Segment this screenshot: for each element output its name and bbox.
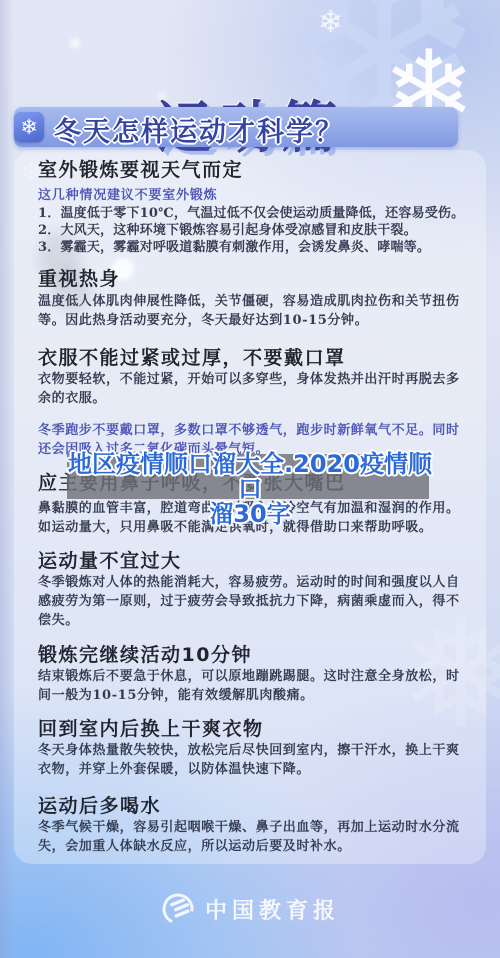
section-title: 锻炼完继续活动10分钟 (38, 640, 252, 667)
section-body: 冬季气候干燥，容易引起咽喉干燥、鼻子出血等，再加上运动时水分流失，会加重人体缺水… (38, 818, 466, 856)
section-body: 冬天身体热量散失较快，放松完后尽快回到室内，擦干汗水，换上干爽衣物，并穿上外套保… (38, 741, 466, 779)
section-title: 重视热身 (38, 264, 120, 291)
subtitle-banner: ❄ 冬天怎样运动才科学？ (14, 107, 458, 147)
winter-exercise-poster: ❆ ❄ ❄ ❅ ❄ 运动篇 ❄ 冬天怎样运动才科学？ 室外锻炼要视天气而定 这几… (0, 0, 500, 958)
section-body: 温度低人体肌肉伸展性降低，关节僵硬，容易造成肌肉拉伤和关节扭伤等。因此热身活动要… (38, 292, 466, 330)
watermark-caption-line: 地区疫情顺口溜大全.2020疫情顺口 (60, 452, 440, 502)
watermark-caption: 地区疫情顺口溜大全.2020疫情顺口 溜30字 (60, 452, 440, 527)
section-title: 室外锻炼要视天气而定 (38, 155, 243, 182)
section-title: 回到室内后换上干爽衣物 (38, 714, 264, 741)
publisher-logo: 中国教育报 (0, 891, 500, 927)
section-title: 运动量不宜过大 (38, 546, 182, 573)
section-subtitle: 这几种情况建议不要室外锻炼 (38, 184, 217, 203)
section-title: 衣服不能过紧或过厚，不要戴口罩 (38, 343, 346, 370)
light-dot (70, 38, 80, 48)
banner-title: 冬天怎样运动才科学？ (54, 110, 344, 149)
publisher-name: 中国教育报 (205, 894, 340, 925)
section-body: 冬季锻炼对人体的热能消耗大，容易疲劳。运动时的时间和强度以人自感疲劳为第一原则，… (38, 573, 466, 630)
snowflake-icon: ❄ (14, 112, 44, 142)
list-item: 3．雾霾天，雾霾对呼吸道黏膜有刺激作用，会诱发鼻炎、哮喘等。 (38, 236, 430, 255)
section-body: 衣物要轻软，不能过紧，开始可以多穿些，身体发热并出汗时再脱去多余的衣服。 (38, 370, 466, 408)
section-body: 结束锻炼后不要急于休息，可以原地蹦跳踢腿。这时注意全身放松，时间一般为10-15… (38, 667, 466, 705)
watermark-caption-line: 溜30字 (60, 502, 440, 527)
snowflake-icon: ❄ (318, 8, 343, 38)
china-education-daily-logo-icon (160, 891, 196, 927)
section-title: 运动后多喝水 (38, 791, 161, 818)
